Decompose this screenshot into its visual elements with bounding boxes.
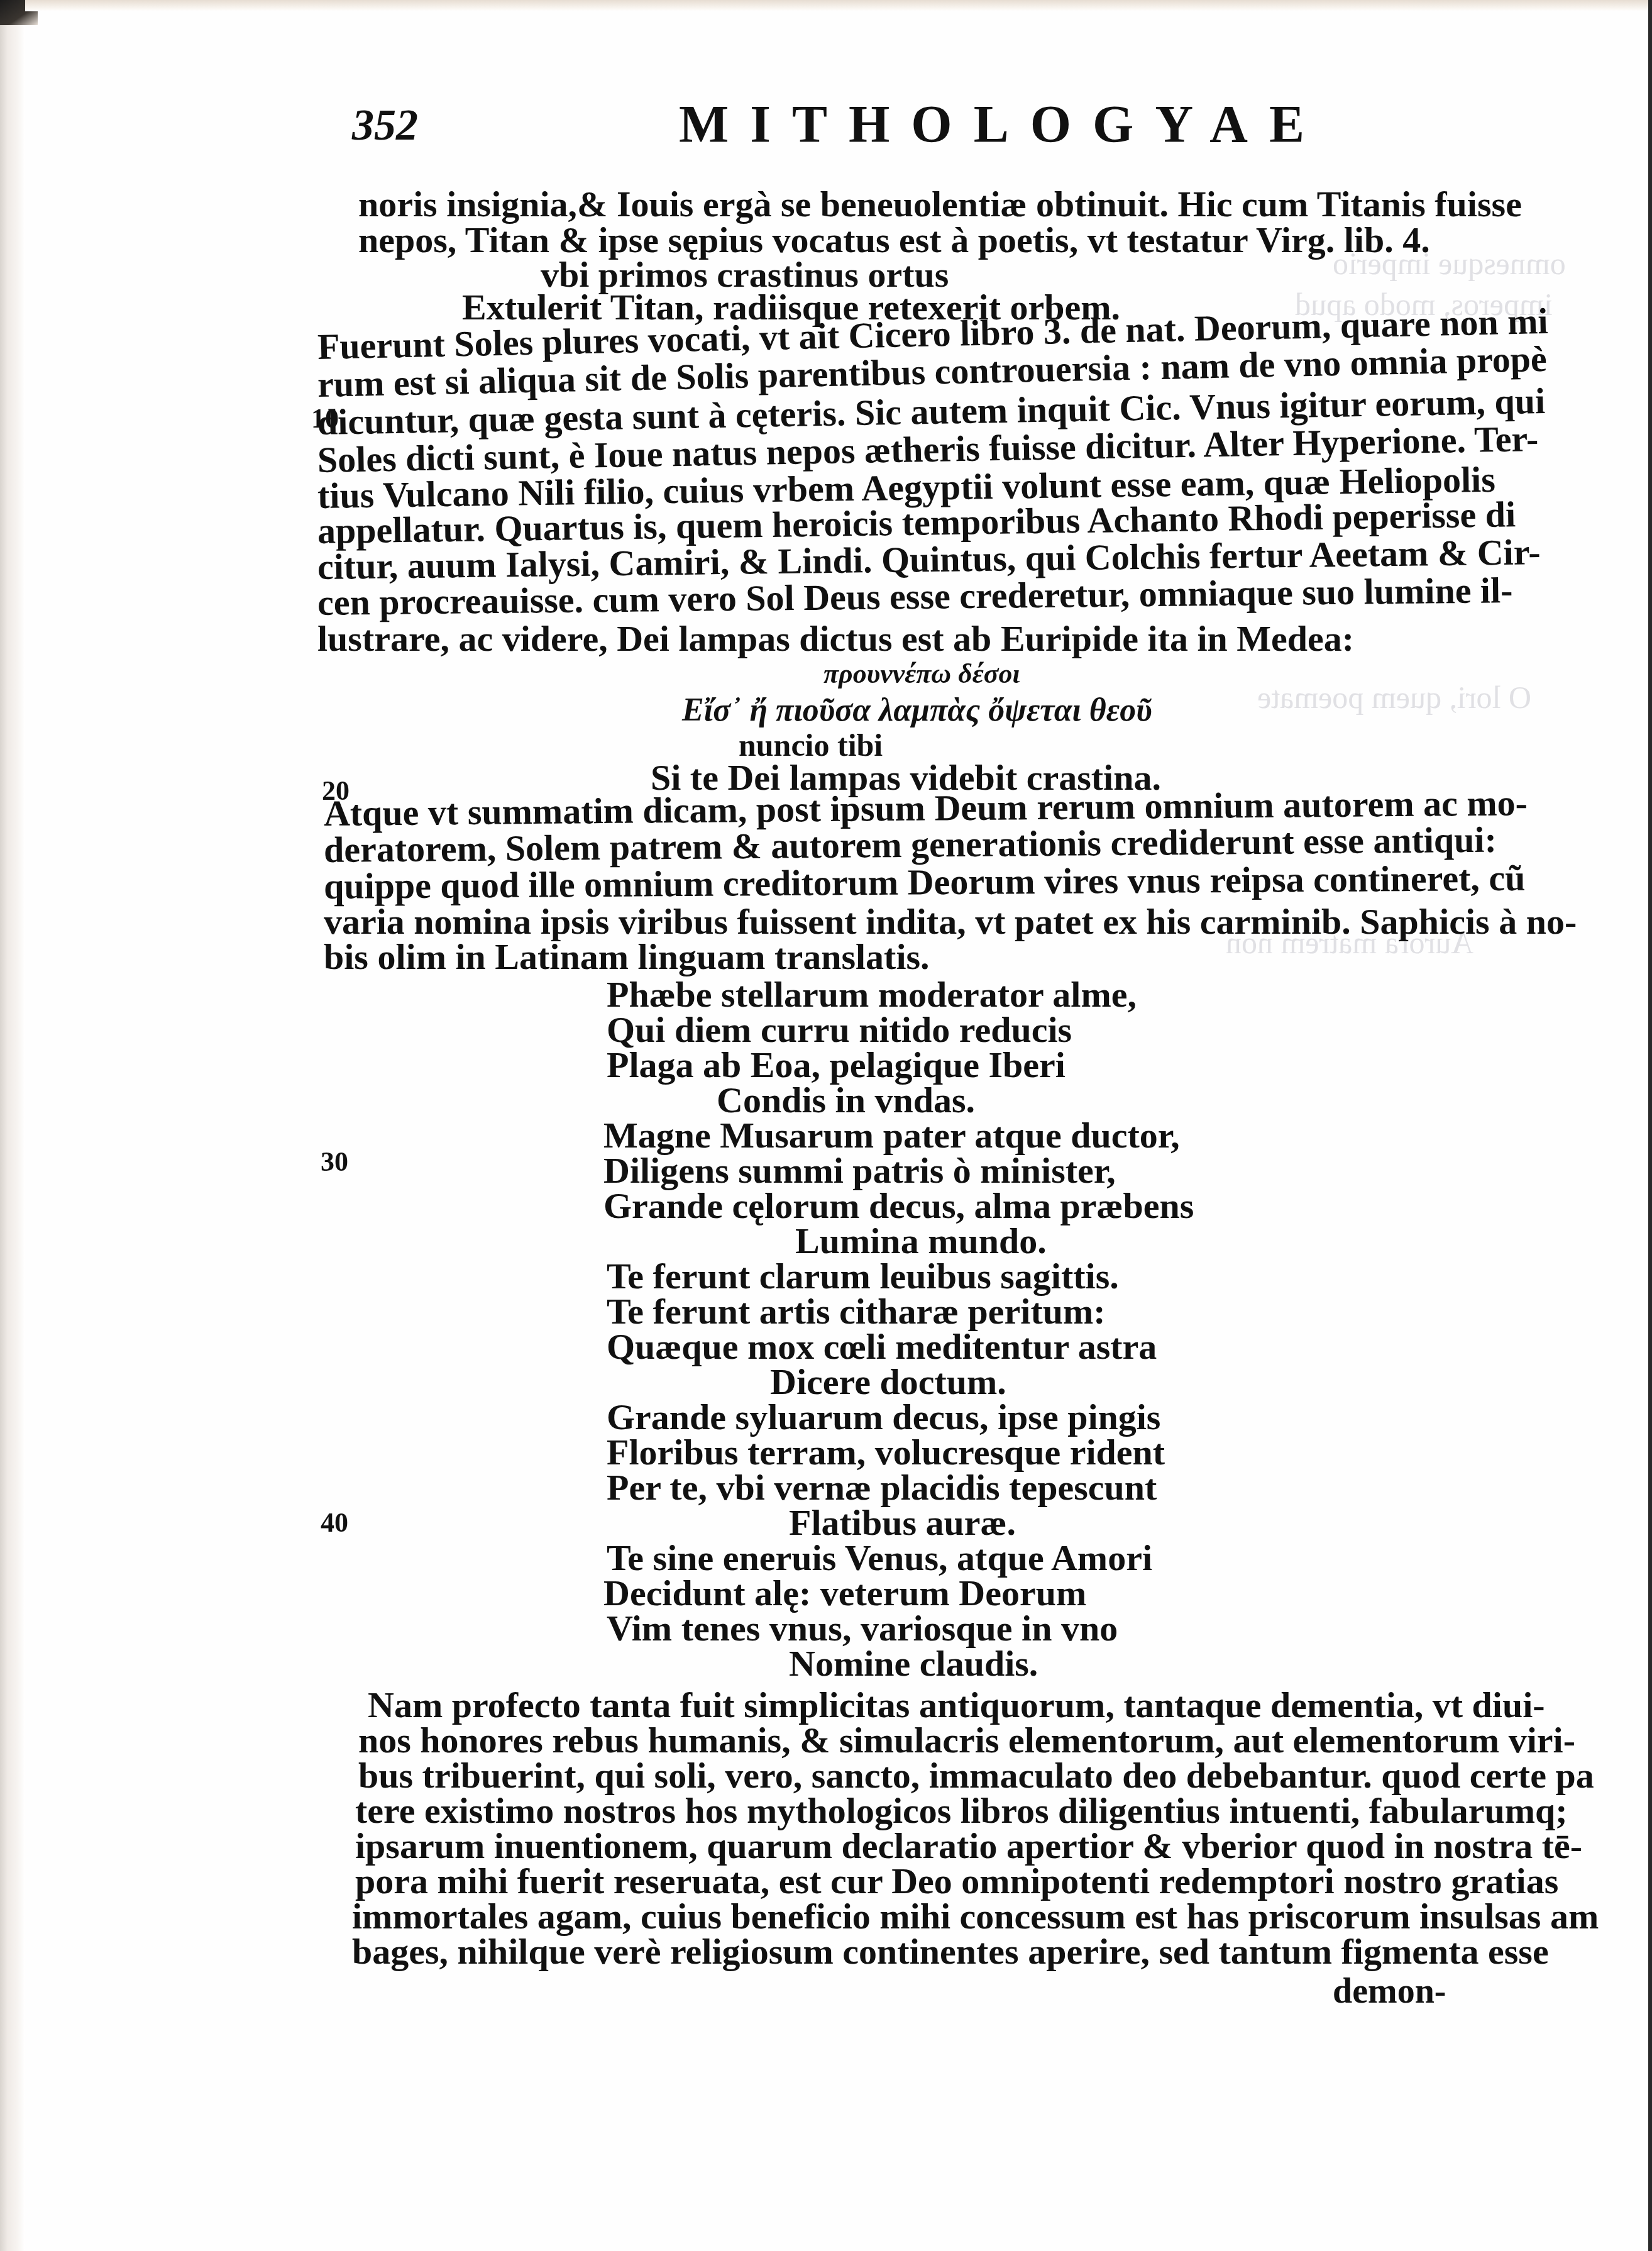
text-line: lustrare, ac videre, Dei lampas dictus e… — [317, 619, 1354, 659]
running-head: 352 MITHOLOGYAE — [352, 94, 1496, 163]
page-number: 352 — [352, 101, 418, 151]
margin-line-number: 30 — [321, 1146, 348, 1178]
page-top-edge — [25, 0, 1652, 11]
binding-shadow — [0, 0, 25, 2251]
text-line: bis olim in Latinam linguam translatis. — [324, 937, 930, 977]
catchword: demon- — [1333, 1971, 1446, 2011]
verse-line: Nomine claudis. — [789, 1644, 1038, 1684]
page-right-edge — [1648, 0, 1652, 2251]
margin-line-number: 20 — [322, 775, 350, 807]
margin-line-number: 10 — [311, 402, 339, 434]
running-title: MITHOLOGYAE — [679, 94, 1326, 155]
text-line: quippe quod ille omnium creditorum Deoru… — [324, 858, 1526, 907]
bleed-through-text: O lori, quem poemate — [1257, 679, 1531, 716]
greek-line: προυννέπω δέσοι — [823, 654, 1020, 694]
margin-line-number: 40 — [321, 1507, 348, 1539]
text-line: noris insignia,& Iouis ergà se beneuolen… — [358, 184, 1522, 224]
book-page: omnesque imperio imperos, modo apud O lo… — [0, 0, 1652, 2251]
text-line: bages, nihilque verè religiosum continen… — [352, 1932, 1549, 1972]
